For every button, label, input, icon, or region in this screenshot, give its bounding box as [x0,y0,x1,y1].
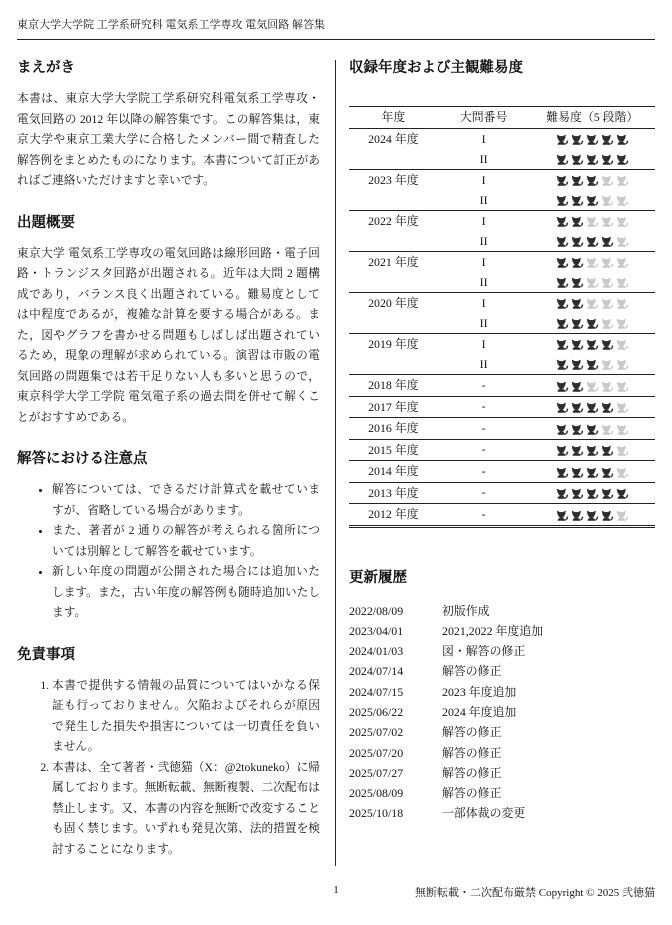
cat-rating-filled-icon [556,277,569,288]
cat-rating-filled-icon [616,488,629,499]
rating-icons [556,359,629,370]
question-number-cell: - [438,482,530,504]
difficulty-rating-cell [530,313,655,334]
rating-icons [556,277,629,288]
cat-rating-filled-icon [556,195,569,206]
cat-rating-filled-icon [586,134,599,145]
cat-rating-empty-icon [586,298,599,309]
year-group: 2013 年度- [349,482,655,504]
rating-icons [556,236,629,247]
col-header-year: 年度 [349,107,438,129]
cat-rating-empty-icon [616,277,629,288]
preface-heading: まえがき [17,60,320,77]
year-group: 2023 年度III [349,170,655,211]
cat-rating-filled-icon [601,445,614,456]
rating-icons [556,424,629,435]
cat-rating-empty-icon [601,359,614,370]
cat-rating-filled-icon [556,359,569,370]
note-item: 解答については、できるだけ計算式を載せていますが、省略している場合があります。 [52,480,320,521]
cat-rating-filled-icon [601,467,614,478]
notes-heading: 解答における注意点 [17,451,320,468]
document-page: 東京大学大学院 工学系研究科 電気系工学専攻 電気回路 解答集 まえがき 本書は… [0,0,672,925]
history-date: 2025/07/02 [349,722,425,742]
cat-rating-filled-icon [571,488,584,499]
difficulty-rating-cell [530,482,655,504]
cat-rating-filled-icon [616,134,629,145]
question-number-cell: I [438,129,530,150]
year-cell: 2017 年度 [349,396,438,418]
history-description: 解答の修正 [442,743,501,763]
question-number-cell: I [438,252,530,273]
rating-icons [556,134,629,145]
cat-rating-filled-icon [571,359,584,370]
rating-icons [556,445,629,456]
note-item: 新しい年度の問題が公開された場合には追加いたします。また，古い年度の解答例も随時… [52,562,320,624]
cat-rating-filled-icon [571,216,584,227]
cat-rating-filled-icon [601,154,614,165]
section-preface: まえがき 本書は、東京大学大学院工学系研究科電気系工学専攻・電気回路の 2012… [17,60,320,192]
table-row: 2021 年度I [349,252,655,273]
cat-rating-filled-icon [556,467,569,478]
cat-rating-filled-icon [571,236,584,247]
table-row: 2015 年度- [349,439,655,461]
cat-rating-empty-icon [616,216,629,227]
history-row: 2025/07/27解答の修正 [349,763,655,783]
cat-rating-filled-icon [556,257,569,268]
page-header: 東京大学大学院 工学系研究科 電気系工学専攻 電気回路 解答集 [17,12,655,40]
notes-list: 解答については、できるだけ計算式を載せていますが、省略している場合があります。ま… [17,480,320,624]
history-date: 2025/07/20 [349,743,425,763]
history-date: 2024/01/03 [349,641,425,661]
table-row: 2013 年度- [349,482,655,504]
cat-rating-filled-icon [556,445,569,456]
rating-icons [556,467,629,478]
question-number-cell: II [438,231,530,252]
cat-rating-empty-icon [601,298,614,309]
table-row: 2018 年度- [349,375,655,397]
table-row: 2019 年度I [349,334,655,355]
table-row: 2016 年度- [349,418,655,440]
table-row: 2022 年度I [349,211,655,232]
difficulty-rating-cell [530,461,655,483]
cat-rating-empty-icon [616,339,629,350]
disclaimer-item: 本書で提供する情報の品質についてはいかなる保証も行っておりません。欠陥およびそれ… [52,676,320,758]
cat-rating-filled-icon [556,381,569,392]
question-number-cell: I [438,293,530,314]
cat-rating-filled-icon [556,175,569,186]
disclaimer-item: 本書は、全て著者・弐徳猫（X：@2tokuneko）に帰属しております。無断転載… [52,758,320,861]
year-cell: 2020 年度 [349,293,438,334]
cat-rating-filled-icon [571,318,584,329]
difficulty-heading: 収録年度および主観難易度 [349,60,655,77]
cat-rating-empty-icon [601,195,614,206]
cat-rating-filled-icon [586,154,599,165]
cat-rating-empty-icon [601,175,614,186]
year-group: 2018 年度- [349,375,655,397]
year-cell: 2022 年度 [349,211,438,252]
cat-rating-filled-icon [571,467,584,478]
difficulty-rating-cell [530,149,655,170]
col-header-difficulty: 難易度（5 段階） [530,107,655,129]
history-description: 解答の修正 [442,661,501,681]
cat-rating-filled-icon [571,195,584,206]
cat-rating-filled-icon [556,402,569,413]
cat-rating-filled-icon [586,236,599,247]
right-column: 収録年度および主観難易度 年度 大問番号 難易度（5 段階） 2024 年度II… [336,60,655,866]
cat-rating-empty-icon [601,216,614,227]
year-group: 2014 年度- [349,461,655,483]
question-number-cell: - [438,461,530,483]
table-row: 2024 年度I [349,129,655,150]
cat-rating-filled-icon [556,318,569,329]
cat-rating-empty-icon [616,445,629,456]
question-number-cell: II [438,354,530,375]
history-date: 2023/04/01 [349,621,425,641]
cat-rating-filled-icon [571,134,584,145]
cat-rating-filled-icon [556,236,569,247]
year-group: 2015 年度- [349,439,655,461]
question-number-cell: - [438,418,530,440]
history-row: 2025/06/222024 年度追加 [349,702,655,722]
cat-rating-filled-icon [586,359,599,370]
cat-rating-empty-icon [601,318,614,329]
cat-rating-filled-icon [586,339,599,350]
cat-rating-filled-icon [586,195,599,206]
history-description: 初版作成 [442,601,490,621]
history-date: 2025/08/09 [349,783,425,803]
rating-icons [556,257,629,268]
difficulty-rating-cell [530,354,655,375]
cat-rating-empty-icon [616,510,629,521]
cat-rating-filled-icon [571,339,584,350]
year-group: 2022 年度III [349,211,655,252]
history-description: 2023 年度追加 [442,682,516,702]
difficulty-rating-cell [530,252,655,273]
history-date: 2025/06/22 [349,702,425,722]
cat-rating-empty-icon [616,467,629,478]
cat-rating-empty-icon [616,236,629,247]
history-date: 2024/07/14 [349,661,425,681]
difficulty-rating-cell [530,231,655,252]
cat-rating-filled-icon [586,510,599,521]
cat-rating-empty-icon [616,195,629,206]
difficulty-rating-cell [530,170,655,191]
cat-rating-filled-icon [571,175,584,186]
history-row: 2025/07/20解答の修正 [349,743,655,763]
year-cell: 2021 年度 [349,252,438,293]
year-group: 2021 年度III [349,252,655,293]
difficulty-rating-cell [530,396,655,418]
rating-icons [556,195,629,206]
cat-rating-empty-icon [616,381,629,392]
cat-rating-filled-icon [556,154,569,165]
cat-rating-empty-icon [616,318,629,329]
cat-rating-filled-icon [571,381,584,392]
cat-rating-filled-icon [601,134,614,145]
history-list: 2022/08/09初版作成2023/04/012021,2022 年度追加20… [349,601,655,824]
history-date: 2024/07/15 [349,682,425,702]
year-cell: 2013 年度 [349,482,438,504]
note-item: また、著者が 2 通りの解答が考えられる箇所については別解として解答を載せていま… [52,521,320,562]
cat-rating-filled-icon [571,510,584,521]
section-history: 更新履歴 2022/08/09初版作成2023/04/012021,2022 年… [349,570,655,824]
cat-rating-filled-icon [571,445,584,456]
cat-rating-empty-icon [616,402,629,413]
history-description: 一部体裁の変更 [442,803,525,823]
cat-rating-empty-icon [601,381,614,392]
cat-rating-filled-icon [601,488,614,499]
history-description: 解答の修正 [442,783,501,803]
year-group: 2020 年度III [349,293,655,334]
cat-rating-empty-icon [601,257,614,268]
cat-rating-filled-icon [601,236,614,247]
cat-rating-empty-icon [601,277,614,288]
difficulty-table-header: 年度 大問番号 難易度（5 段階） [349,107,655,129]
section-disclaimer: 免責事項 本書で提供する情報の品質についてはいかなる保証も行っておりません。欠陥… [17,647,320,861]
question-number-cell: II [438,313,530,334]
cat-rating-empty-icon [616,298,629,309]
table-row: 2014 年度- [349,461,655,483]
cat-rating-filled-icon [556,339,569,350]
cat-rating-filled-icon [571,154,584,165]
rating-icons [556,339,629,350]
cat-rating-filled-icon [556,216,569,227]
cat-rating-filled-icon [616,154,629,165]
section-difficulty: 収録年度および主観難易度 年度 大問番号 難易度（5 段階） 2024 年度II… [349,60,655,528]
year-cell: 2015 年度 [349,439,438,461]
year-group: 2016 年度- [349,418,655,440]
page-footer: 1 無断転載・二次配布厳禁 Copyright © 2025 弐徳猫 [17,884,655,899]
cat-rating-filled-icon [571,257,584,268]
section-notes: 解答における注意点 解答については、できるだけ計算式を載せていますが、省略してい… [17,451,320,624]
cat-rating-empty-icon [616,424,629,435]
cat-rating-empty-icon [616,257,629,268]
history-row: 2025/08/09解答の修正 [349,783,655,803]
difficulty-rating-cell [530,504,655,527]
difficulty-rating-cell [530,211,655,232]
history-date: 2025/10/18 [349,803,425,823]
difficulty-rating-cell [530,129,655,150]
cat-rating-filled-icon [571,424,584,435]
difficulty-rating-cell [530,190,655,211]
cat-rating-filled-icon [601,510,614,521]
year-cell: 2014 年度 [349,461,438,483]
question-number-cell: I [438,211,530,232]
cat-rating-filled-icon [586,175,599,186]
cat-rating-empty-icon [586,381,599,392]
question-number-cell: I [438,334,530,355]
disclaimer-list: 本書で提供する情報の品質についてはいかなる保証も行っておりません。欠陥およびそれ… [17,676,320,861]
table-row: 2017 年度- [349,396,655,418]
cat-rating-filled-icon [571,402,584,413]
cat-rating-filled-icon [556,488,569,499]
left-column: まえがき 本書は、東京大学大学院工学系研究科電気系工学専攻・電気回路の 2012… [17,60,320,866]
cat-rating-filled-icon [571,298,584,309]
cat-rating-filled-icon [586,467,599,478]
disclaimer-heading: 免責事項 [17,647,320,664]
document-title: 東京大学大学院 工学系研究科 電気系工学専攻 電気回路 解答集 [17,16,655,32]
year-cell: 2023 年度 [349,170,438,211]
cat-rating-empty-icon [616,175,629,186]
cat-rating-filled-icon [586,402,599,413]
copyright-notice: 無断転載・二次配布厳禁 Copyright © 2025 弐徳猫 [415,884,655,900]
preface-paragraph: 本書は、東京大学大学院工学系研究科電気系工学専攻・電気回路の 2012 年以降の… [17,89,320,192]
history-description: 2024 年度追加 [442,702,516,722]
year-group: 2017 年度- [349,396,655,418]
rating-icons [556,488,629,499]
history-row: 2022/08/09初版作成 [349,601,655,621]
cat-rating-filled-icon [586,318,599,329]
history-description: 解答の修正 [442,763,501,783]
question-number-cell: II [438,190,530,211]
history-description: 2021,2022 年度追加 [442,621,543,641]
cat-rating-filled-icon [556,424,569,435]
year-cell: 2018 年度 [349,375,438,397]
history-row: 2024/01/03図・解答の修正 [349,641,655,661]
year-cell: 2019 年度 [349,334,438,375]
history-description: 解答の修正 [442,722,501,742]
rating-icons [556,154,629,165]
cat-rating-empty-icon [586,277,599,288]
rating-icons [556,510,629,521]
question-number-cell: - [438,439,530,461]
cat-rating-filled-icon [601,402,614,413]
cat-rating-filled-icon [556,298,569,309]
year-group: 2024 年度III [349,129,655,170]
question-number-cell: I [438,170,530,191]
rating-icons [556,298,629,309]
section-overview: 出題概要 東京大学 電気系工学専攻の電気回路は線形回路・電子回路・トランジスタ回… [17,215,320,429]
difficulty-rating-cell [530,439,655,461]
rating-icons [556,318,629,329]
table-row: 2012 年度- [349,504,655,527]
cat-rating-filled-icon [571,277,584,288]
col-header-question-no: 大問番号 [438,107,530,129]
question-number-cell: - [438,375,530,397]
year-group: 2012 年度- [349,504,655,527]
history-row: 2024/07/152023 年度追加 [349,682,655,702]
overview-paragraph: 東京大学 電気系工学専攻の電気回路は線形回路・電子回路・トランジスタ回路が出題さ… [17,244,320,429]
question-number-cell: II [438,149,530,170]
cat-rating-empty-icon [601,424,614,435]
history-row: 2025/10/18一部体裁の変更 [349,803,655,823]
cat-rating-filled-icon [586,424,599,435]
year-cell: 2012 年度 [349,504,438,527]
question-number-cell: II [438,272,530,293]
table-row: 2023 年度I [349,170,655,191]
question-number-cell: - [438,504,530,527]
history-heading: 更新履歴 [349,570,655,587]
rating-icons [556,402,629,413]
page-number: 1 [333,884,339,896]
year-group: 2019 年度III [349,334,655,375]
year-cell: 2024 年度 [349,129,438,170]
overview-heading: 出題概要 [17,215,320,232]
difficulty-rating-cell [530,418,655,440]
history-row: 2023/04/012021,2022 年度追加 [349,621,655,641]
two-column-layout: まえがき 本書は、東京大学大学院工学系研究科電気系工学専攻・電気回路の 2012… [17,60,655,866]
question-number-cell: - [438,396,530,418]
history-date: 2022/08/09 [349,601,425,621]
difficulty-rating-cell [530,375,655,397]
cat-rating-filled-icon [556,510,569,521]
rating-icons [556,216,629,227]
cat-rating-empty-icon [616,359,629,370]
history-date: 2025/07/27 [349,763,425,783]
cat-rating-filled-icon [601,339,614,350]
rating-icons [556,175,629,186]
difficulty-table: 年度 大問番号 難易度（5 段階） 2024 年度III2023 年度III20… [349,106,655,528]
history-row: 2025/07/02解答の修正 [349,722,655,742]
difficulty-rating-cell [530,293,655,314]
cat-rating-filled-icon [586,445,599,456]
cat-rating-filled-icon [586,488,599,499]
difficulty-rating-cell [530,334,655,355]
cat-rating-empty-icon [586,257,599,268]
year-cell: 2016 年度 [349,418,438,440]
cat-rating-filled-icon [556,134,569,145]
history-row: 2024/07/14解答の修正 [349,661,655,681]
difficulty-rating-cell [530,272,655,293]
history-description: 図・解答の修正 [442,641,525,661]
rating-icons [556,381,629,392]
table-row: 2020 年度I [349,293,655,314]
cat-rating-empty-icon [586,216,599,227]
